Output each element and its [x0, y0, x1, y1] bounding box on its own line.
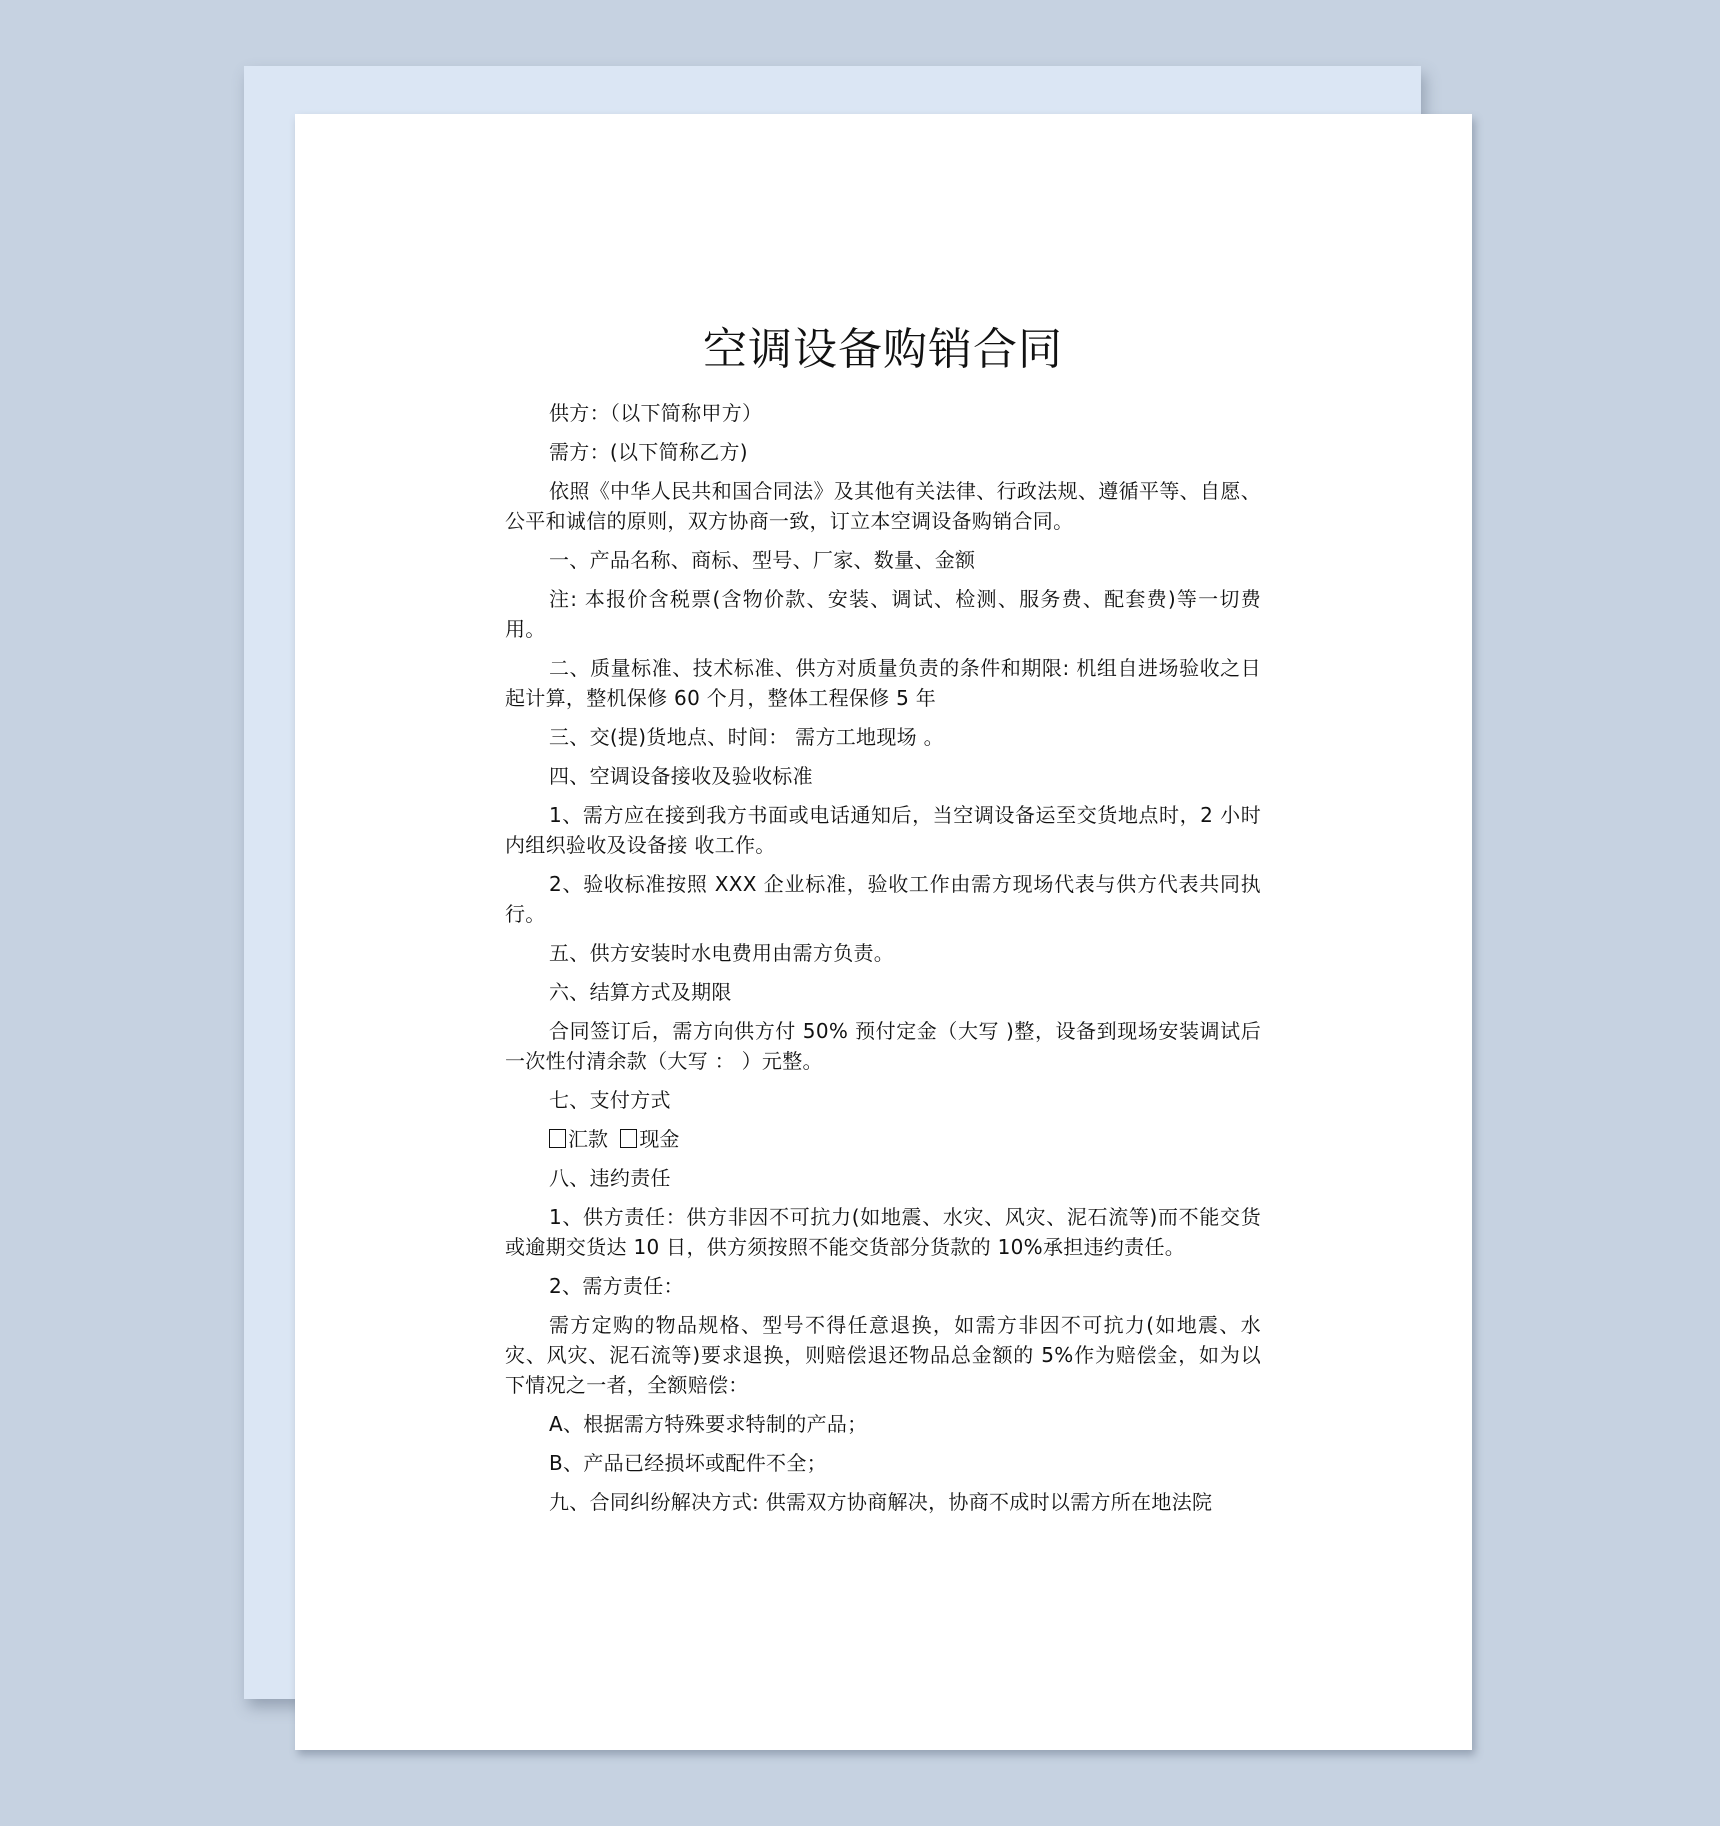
section-8-case-b: B、产品已经损坏或配件不全；: [505, 1448, 1261, 1478]
section-4-item-1: 1、需方应在接到我方书面或电话通知后，当空调设备运至交货地点时，2 小时内组织验…: [505, 800, 1261, 860]
section-6-settlement: 合同签订后，需方向供方付 50% 预付定金（大写 )整，设备到现场安装调试后一次…: [505, 1016, 1261, 1076]
section-5-utilities: 五、供方安装时水电费用由需方负责。: [505, 938, 1261, 968]
section-8-supplier-liability: 1、供方责任：供方非因不可抗力(如地震、水灾、风灾、泥石流等)而不能交货或逾期交…: [505, 1202, 1261, 1262]
document-title: 空调设备购销合同: [505, 320, 1261, 380]
payment-option-transfer: 汇款: [568, 1127, 608, 1151]
section-7-heading: 七、支付方式: [505, 1085, 1261, 1115]
section-8-case-a: A、根据需方特殊要求特制的产品；: [505, 1409, 1261, 1439]
checkbox-icon[interactable]: [620, 1129, 637, 1148]
contract-document: 空调设备购销合同 供方：（以下简称甲方） 需方：(以下简称乙方) 依照《中华人民…: [505, 320, 1261, 1526]
payment-option-cash: 现金: [639, 1127, 679, 1151]
paragraph-buyer: 需方：(以下简称乙方): [505, 437, 1261, 467]
section-4-heading: 四、空调设备接收及验收标准: [505, 761, 1261, 791]
checkbox-icon[interactable]: [549, 1129, 566, 1148]
section-6-heading: 六、结算方式及期限: [505, 977, 1261, 1007]
section-8-buyer-heading: 2、需方责任：: [505, 1271, 1261, 1301]
section-2-quality: 二、质量标准、技术标准、供方对质量负责的条件和期限: 机组自进场验收之日起计算，…: [505, 653, 1261, 713]
payment-options: 汇款 现金: [505, 1124, 1261, 1154]
section-3-delivery: 三、交(提)货地点、时间： 需方工地现场 。: [505, 722, 1261, 752]
section-8-heading: 八、违约责任: [505, 1163, 1261, 1193]
section-1-heading: 一、产品名称、商标、型号、厂家、数量、金额: [505, 545, 1261, 575]
section-4-item-2: 2、验收标准按照 XXX 企业标准，验收工作由需方现场代表与供方代表共同执行。: [505, 869, 1261, 929]
section-9-dispute: 九、合同纠纷解决方式: 供需双方协商解决，协商不成时以需方所在地法院: [505, 1487, 1261, 1517]
paragraph-supplier: 供方：（以下简称甲方）: [505, 398, 1261, 428]
section-8-buyer-liability: 需方定购的物品规格、型号不得任意退换，如需方非因不可抗力(如地震、水灾、风灾、泥…: [505, 1310, 1261, 1400]
paragraph-preamble: 依照《中华人民共和国合同法》及其他有关法律、行政法规、遵循平等、自愿、公平和诚信…: [505, 476, 1261, 536]
paragraph-note: 注: 本报价含税票(含物价款、安装、调试、检测、服务费、配套费)等一切费用。: [505, 584, 1261, 644]
